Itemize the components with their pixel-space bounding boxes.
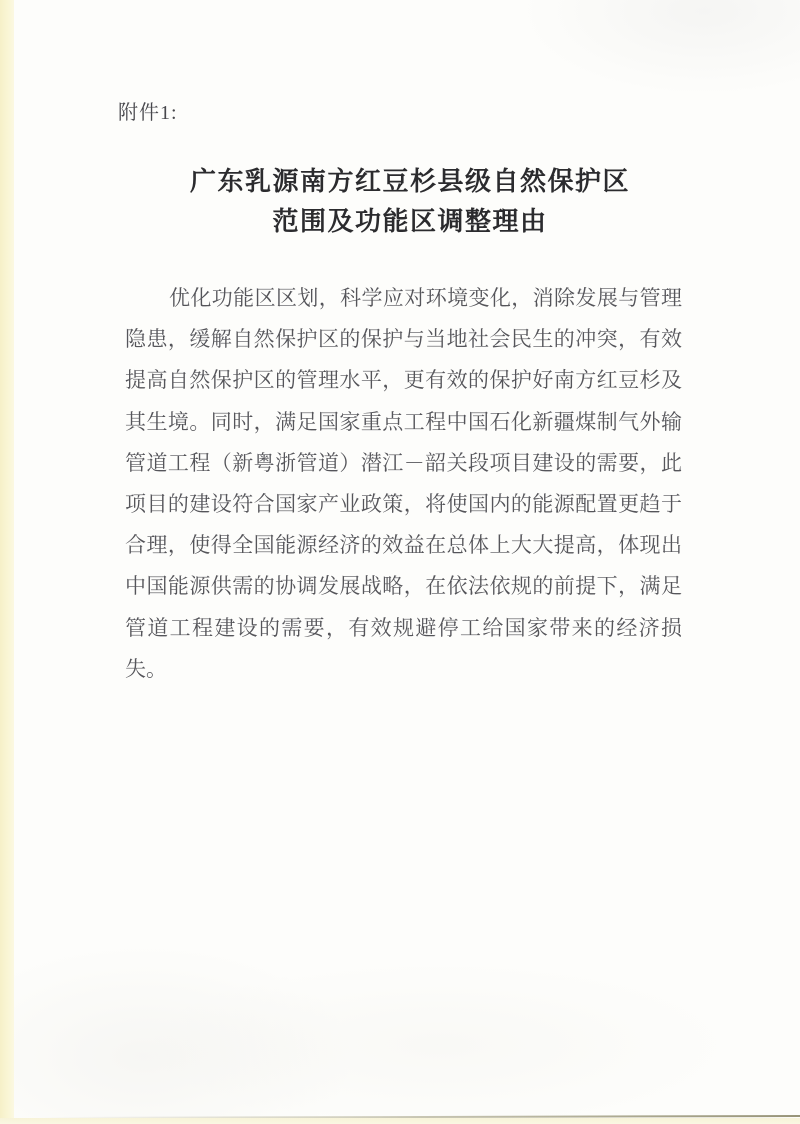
document-title-line2: 范围及功能区调整理由 <box>100 202 720 242</box>
body-text-line: 项目的建设符合国家产业政策，将使国内的能源配置更趋于 <box>125 484 682 525</box>
body-text-line: 管道工程（新粤浙管道）潜江－韶关段项目建设的需要，此 <box>125 443 682 484</box>
body-text-line: 提高自然保护区的管理水平，更有效的保护好南方红豆杉及 <box>125 360 682 401</box>
body-text-line: 中国能源供需的协调发展战略，在依法依规的前提下，满足 <box>125 566 682 607</box>
body-text-line: 失。 <box>125 649 682 690</box>
document-content: 附件1: 广东乳源南方红豆杉县级自然保护区 范围及功能区调整理由 优化功能区区划… <box>0 0 800 1124</box>
body-text-line: 隐患，缓解自然保护区的保护与当地社会民生的冲突，有效 <box>125 319 682 360</box>
body-text-line: 管道工程建设的需要，有效规避停工给国家带来的经济损 <box>125 608 682 649</box>
document-title-line1: 广东乳源南方红豆杉县级自然保护区 <box>100 162 720 202</box>
body-text-line: 其生境。同时，满足国家重点工程中国石化新疆煤制气外输 <box>125 402 682 443</box>
body-text-line: 优化功能区区划，科学应对环境变化，消除发展与管理 <box>125 278 682 319</box>
attachment-label: 附件1: <box>118 100 178 127</box>
body-text-line: 合理，使得全国能源经济的效益在总体上大大提高，体现出 <box>125 525 682 566</box>
document-body-paragraph: 优化功能区区划，科学应对环境变化，消除发展与管理 隐患，缓解自然保护区的保护与当… <box>125 278 682 690</box>
document-title: 广东乳源南方红豆杉县级自然保护区 范围及功能区调整理由 <box>100 162 720 242</box>
scanned-document-page: 附件1: 广东乳源南方红豆杉县级自然保护区 范围及功能区调整理由 优化功能区区划… <box>0 0 800 1124</box>
